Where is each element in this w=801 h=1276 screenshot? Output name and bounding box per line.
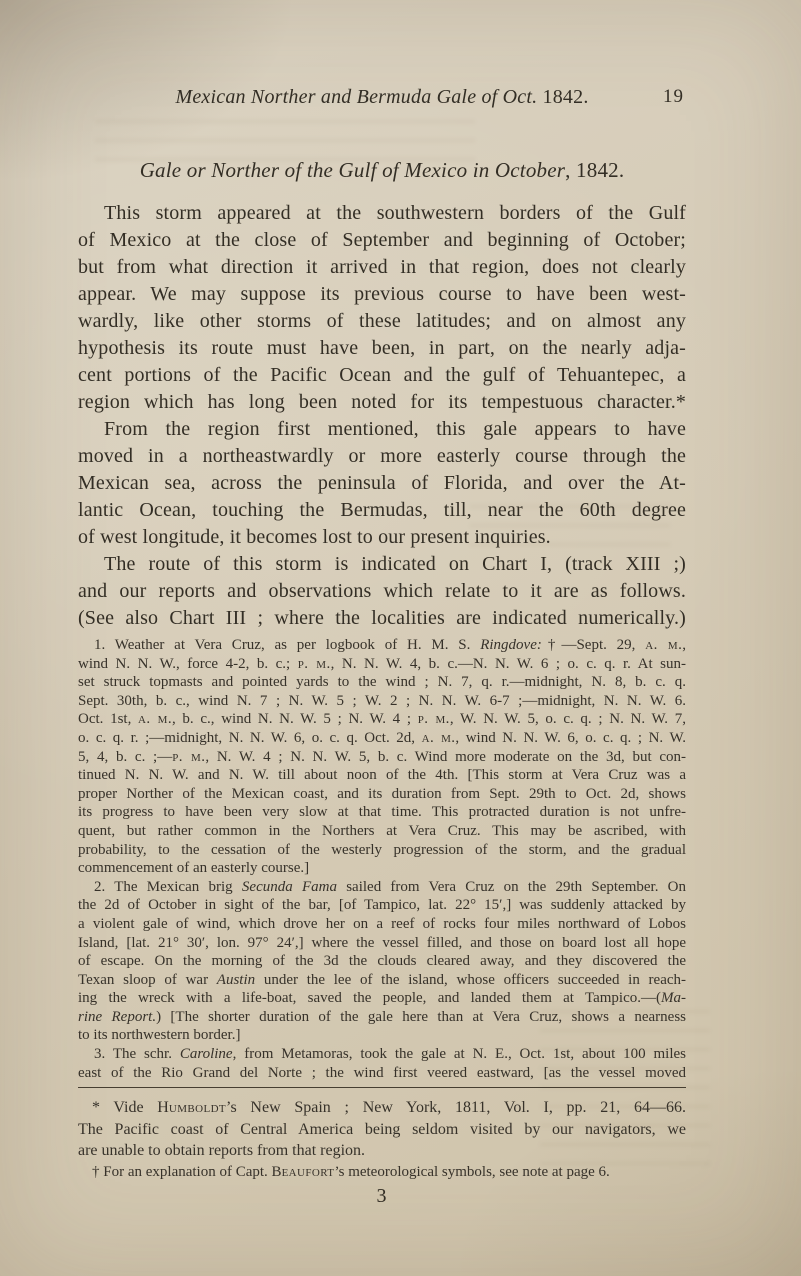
text-block: Mexican Norther and Bermuda Gale of Oct.…: [78, 0, 686, 1208]
paragraph-2: From the region first mentioned, this ga…: [78, 416, 686, 551]
text-line: lantic Ocean, touching the Bermudas, til…: [78, 497, 686, 524]
text-line: are unable to obtain reports from that r…: [78, 1140, 686, 1162]
text-line: The Pacific coast of Central America bei…: [78, 1119, 686, 1141]
text-line: * Vide Humboldt’s New Spain ; New York, …: [78, 1097, 686, 1119]
text-line: but from what direction it arrived in th…: [78, 254, 686, 281]
text-line: quent, but rather common in the Northers…: [78, 822, 686, 841]
text-line: 2. The Mexican brig Secunda Fama sailed …: [78, 878, 686, 897]
text-line: hypothesis its route must have been, in …: [78, 335, 686, 362]
text-line: rine Report.) [The shorter duration of t…: [78, 1008, 686, 1027]
text-line: commencement of an easterly course.]: [78, 859, 686, 878]
text-line: and our reports and observations which r…: [78, 578, 686, 605]
footnote-2: 2. The Mexican brig Secunda Fama sailed …: [78, 878, 686, 1045]
paragraph-3: The route of this storm is indicated on …: [78, 551, 686, 632]
asterisk-note: * Vide Humboldt’s New Spain ; New York, …: [78, 1097, 686, 1162]
running-head: Mexican Norther and Bermuda Gale of Oct.…: [78, 0, 686, 110]
text-line: cent portions of the Pacific Ocean and t…: [78, 362, 686, 389]
text-line: region which has long been noted for its…: [78, 389, 686, 416]
text-line: east of the Rio Grand del Norte ; the wi…: [78, 1064, 686, 1083]
dagger-note: † For an explanation of Capt. Beaufort’s…: [78, 1162, 686, 1182]
text-line: probability, to the cessation of the wes…: [78, 841, 686, 860]
text-line: Island, [lat. 21° 30′, lon. 97° 24′,] wh…: [78, 934, 686, 953]
text-line: Oct. 1st, a. m., b. c., wind N. N. W. 5 …: [78, 710, 686, 729]
text-line: 1. Weather at Vera Cruz, as per logbook …: [78, 636, 686, 655]
running-head-title: Mexican Norther and Bermuda Gale of Oct.…: [175, 86, 588, 108]
text-line: of escape. On the morning of the 3d the …: [78, 952, 686, 971]
text-line: of west longitude, it becomes lost to ou…: [78, 524, 686, 551]
text-line: ing the wreck with a life-boat, saved th…: [78, 989, 686, 1008]
paragraph-1: This storm appeared at the southwestern …: [78, 200, 686, 416]
text-line: From the region first mentioned, this ga…: [78, 416, 686, 443]
book-page: Mexican Norther and Bermuda Gale of Oct.…: [0, 0, 801, 1276]
text-line: This storm appeared at the southwestern …: [78, 200, 686, 227]
text-line: 3. The schr. Caroline, from Metamoras, t…: [78, 1045, 686, 1064]
text-line: (See also Chart III ; where the localiti…: [78, 605, 686, 632]
text-line: moved in a northeastwardly or more easte…: [78, 443, 686, 470]
text-line: tinued N. N. W. and N. W. till about noo…: [78, 766, 686, 785]
text-line: its progress to have been very slow at t…: [78, 803, 686, 822]
text-line: o. c. q. r. ;—midnight, N. N. W. 6, o. c…: [78, 729, 686, 748]
text-line: wardly, like other storms of these latit…: [78, 308, 686, 335]
signature-mark: 3: [78, 1185, 686, 1208]
text-line: set struck topmasts and pointed yards to…: [78, 673, 686, 692]
footnote-3: 3. The schr. Caroline, from Metamoras, t…: [78, 1045, 686, 1082]
text-line: wind N. N. W., force 4-2, b. c.; p. m., …: [78, 655, 686, 674]
text-line: to its northwestern border.]: [78, 1026, 686, 1045]
text-line: proper Norther of the Mexican coast, and…: [78, 785, 686, 804]
text-line: a violent gale of wind, which drove her …: [78, 915, 686, 934]
text-line: the 2d of October in sight of the bar, […: [78, 896, 686, 915]
footnotes-section: 1. Weather at Vera Cruz, as per logbook …: [78, 636, 686, 1082]
footnote-separator-rule: [78, 1087, 686, 1088]
text-line: of Mexico at the close of September and …: [78, 227, 686, 254]
text-line: † For an explanation of Capt. Beaufort’s…: [78, 1162, 686, 1182]
text-line: Sept. 30th, b. c., wind N. 7 ; N. W. 5 ;…: [78, 692, 686, 711]
text-line: 5, 4, b. c. ;—p. m., N. W. 4 ; N. N. W. …: [78, 748, 686, 767]
page-number: 19: [663, 84, 684, 110]
text-line: Texan sloop of war Austin under the lee …: [78, 971, 686, 990]
text-line: Mexican sea, across the peninsula of Flo…: [78, 470, 686, 497]
section-title: Gale or Norther of the Gulf of Mexico in…: [78, 156, 686, 184]
text-line: appear. We may suppose its previous cour…: [78, 281, 686, 308]
text-line: The route of this storm is indicated on …: [78, 551, 686, 578]
footnote-1: 1. Weather at Vera Cruz, as per logbook …: [78, 636, 686, 878]
